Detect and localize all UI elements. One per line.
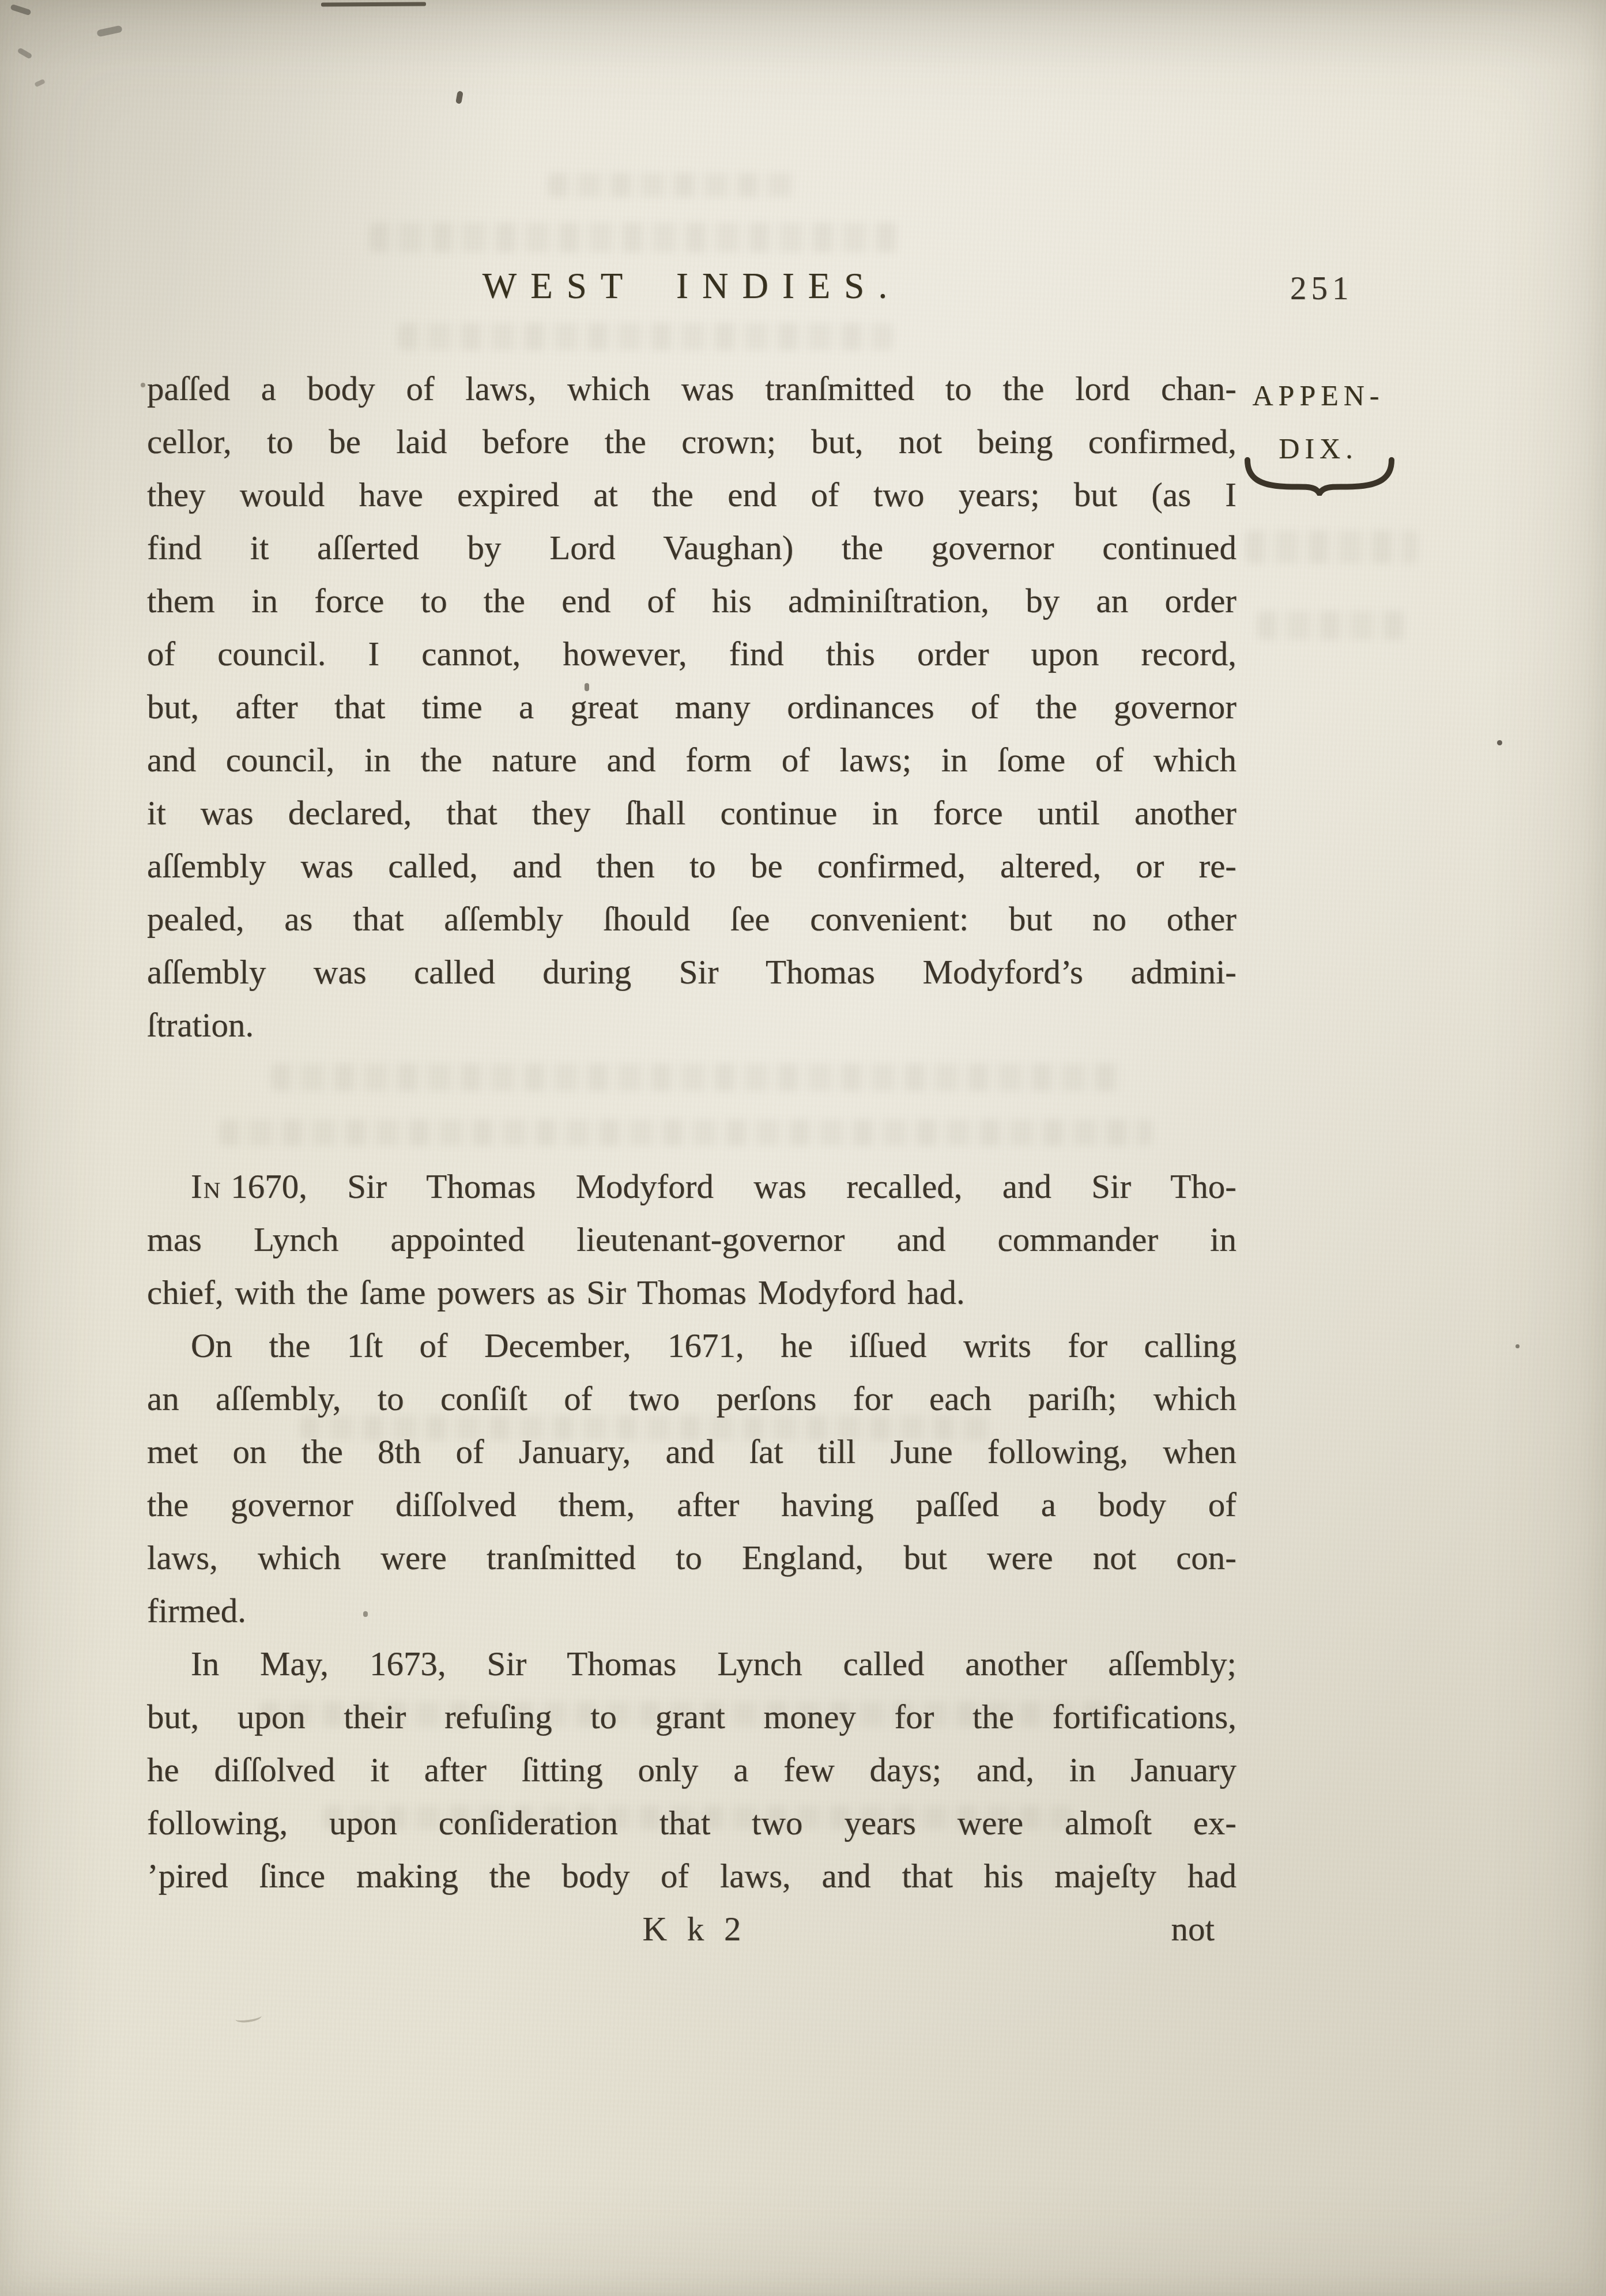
paragraph: In May, 1673, Sir Thomas Lynch called an… <box>147 1637 1236 1902</box>
paragraph-group: In1670, Sir Thomas Modyford was recalled… <box>147 1160 1236 1902</box>
text-line: it was declared, that they ſhall continu… <box>147 786 1236 839</box>
text-line: In1670, Sir Thomas Modyford was recalled… <box>147 1160 1236 1213</box>
page-showthrough <box>548 173 796 197</box>
text-line: cellor, to be laid before the crown; but… <box>147 415 1236 468</box>
margin-note-line: APPEN- <box>1239 369 1397 422</box>
scan-speck <box>17 47 32 59</box>
text-line: aſſembly was called during Sir Thomas Mo… <box>147 945 1236 998</box>
text-line: but, after that time a great many ordina… <box>147 680 1236 733</box>
text-line: pealed, as that aſſembly ſhould ſee conv… <box>147 892 1236 945</box>
page-showthrough <box>1245 530 1418 564</box>
page-showthrough <box>271 1064 1124 1091</box>
page-number: 251 <box>1290 270 1354 307</box>
text-line: ’pired ſince making the body of laws, an… <box>147 1849 1236 1902</box>
scan-speck <box>235 2011 262 2024</box>
text-line: aſſembly was called, and then to be conf… <box>147 839 1236 892</box>
text-line: mas Lynch appointed lieutenant-governor … <box>147 1213 1236 1266</box>
scan-speck <box>34 79 46 88</box>
paragraph: In1670, Sir Thomas Modyford was recalled… <box>147 1160 1236 1319</box>
margin-note-brace-icon <box>1244 454 1395 496</box>
text-line: find it aſſerted by Lord Vaughan) the go… <box>147 521 1236 574</box>
small-caps-word: In <box>191 1167 221 1205</box>
text-line: ſtration. <box>147 998 1236 1051</box>
scan-speck <box>321 2 426 7</box>
text-line: following, upon conſideration that two y… <box>147 1796 1236 1849</box>
scan-speck <box>141 383 145 387</box>
book-page-scan: WEST INDIES. 251 APPEN- DIX. paſſed a bo… <box>0 0 1606 2296</box>
text-line: them in force to the end of his adminiſt… <box>147 574 1236 627</box>
scan-speck <box>1497 740 1502 745</box>
paragraph: On the 1ſt of December, 1671, he iſſued … <box>147 1319 1236 1637</box>
text-line: an aſſembly, to conſiſt of two perſons f… <box>147 1372 1236 1425</box>
scan-speck <box>96 25 123 37</box>
text-line: On the 1ſt of December, 1671, he iſſued … <box>147 1319 1236 1372</box>
running-header: WEST INDIES. <box>147 265 1236 307</box>
text-line: but, upon their refuſing to grant money … <box>147 1690 1236 1743</box>
text-line: the governor diſſolved them, after havin… <box>147 1478 1236 1531</box>
scan-speck <box>10 4 31 16</box>
text-line: firmed. <box>147 1584 1236 1637</box>
page-showthrough <box>369 223 899 252</box>
catchword: not <box>147 1902 1236 1955</box>
text-line: chief, with the ſame powers as Sir Thoma… <box>147 1266 1236 1319</box>
text-line: laws, which were tranſmitted to England,… <box>147 1531 1236 1584</box>
page-showthrough <box>398 323 894 350</box>
page-showthrough <box>1257 611 1407 640</box>
page-showthrough <box>219 1119 1153 1146</box>
text-line: paſſed a body of laws, which was tranſmi… <box>147 362 1236 415</box>
text-line: he diſſolved it after ſitting only a few… <box>147 1743 1236 1796</box>
text-line: In May, 1673, Sir Thomas Lynch called an… <box>147 1637 1236 1690</box>
scan-speck <box>1515 1344 1520 1348</box>
text-line-rest: 1670, Sir Thomas Modyford was recalled, … <box>231 1167 1236 1205</box>
text-line: of council. I cannot, however, find this… <box>147 627 1236 680</box>
text-line: they would have expired at the end of tw… <box>147 468 1236 521</box>
text-line: met on the 8th of January, and ſat till … <box>147 1425 1236 1478</box>
scan-speck <box>455 91 463 104</box>
text-line: and council, in the nature and form of l… <box>147 733 1236 786</box>
paragraph: paſſed a body of laws, which was tranſmi… <box>147 362 1236 1051</box>
